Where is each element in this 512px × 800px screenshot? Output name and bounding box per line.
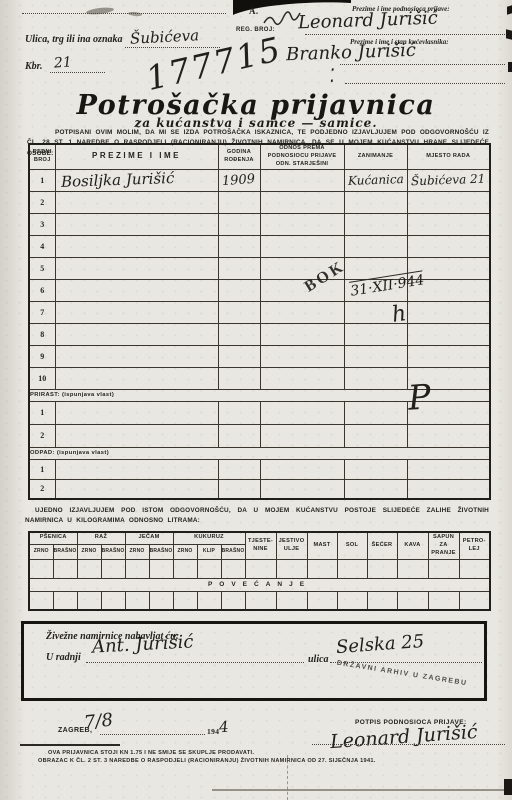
supply-cell	[77, 559, 101, 578]
street-value-handwriting: Šubićeva	[130, 26, 200, 48]
name-cell	[55, 191, 218, 213]
supply-cell	[367, 591, 397, 610]
applicant-dotted-line	[305, 34, 505, 35]
col-header-mast: MAST	[307, 532, 337, 559]
scan-bottom-line	[212, 789, 512, 791]
name-handwriting: Bosiljka Jurišić	[55, 168, 174, 190]
occupation-cell	[344, 367, 407, 389]
col-sub-brasno: BRAŠNO	[53, 544, 77, 559]
col-group-kukuruz: KUKURUZ	[173, 532, 245, 544]
col-header-odnos: ODNOS PREMA PODNOSIOCU PRIJAVE ODN. STAR…	[260, 144, 344, 169]
odpad-row-1: 1	[29, 459, 490, 479]
persons-table: REDNI BROJ PREZIME I IME GODINA ROĐENJA …	[28, 143, 491, 500]
col-header-redni-broj: REDNI BROJ	[29, 144, 55, 169]
footnote-divider	[20, 744, 120, 746]
signature-dotted-line	[312, 744, 505, 745]
supply-cell	[29, 591, 53, 610]
workplace-cell: Šubićeva 21	[407, 169, 490, 191]
year-cell	[218, 459, 260, 479]
occupation-cell	[344, 345, 407, 367]
year-cell	[218, 401, 260, 424]
name-cell	[55, 367, 218, 389]
col-group-psenica: PŠENICA	[29, 532, 77, 544]
supply-cell	[53, 559, 77, 578]
corner-mark: A.	[249, 6, 259, 16]
name-cell	[55, 257, 218, 279]
date-dotted-line	[100, 734, 205, 735]
supply-cell	[77, 591, 101, 610]
col-sub-zrno: ZRNO	[173, 544, 197, 559]
landlord-dotted-line	[340, 64, 505, 65]
year-cell	[218, 191, 260, 213]
year-cell	[218, 367, 260, 389]
occupation-cell	[344, 459, 407, 479]
workplace-cell	[407, 301, 490, 323]
person-row-4: 4	[29, 235, 490, 257]
occupation-handwriting: Kućanica	[344, 172, 403, 188]
supply-cell	[125, 559, 149, 578]
person-row-7: 7	[29, 301, 490, 323]
relation-cell	[260, 345, 344, 367]
relation-cell	[260, 191, 344, 213]
year-handwriting: 4	[218, 718, 229, 737]
kbr-label: Kbr.	[25, 61, 43, 72]
occupation-cell	[344, 424, 407, 447]
row-number: 8	[29, 323, 55, 345]
year-handwriting: 1909	[222, 172, 256, 189]
supply-cell	[221, 591, 245, 610]
relation-cell	[260, 479, 344, 499]
row-number: 3	[29, 213, 55, 235]
box-street-label: ulica	[308, 654, 329, 665]
ink-smudge	[86, 6, 115, 15]
relation-cell	[260, 401, 344, 424]
supply-cell	[101, 559, 125, 578]
workplace-cell	[407, 345, 490, 367]
person-row-3: 3	[29, 213, 490, 235]
name-cell	[55, 323, 218, 345]
col-group-raz: RAŽ	[77, 532, 125, 544]
col-header-kava: KAVA	[397, 532, 428, 559]
supply-cell	[149, 591, 173, 610]
povecanje-band-row: POVEĆANJE	[29, 578, 490, 591]
supply-cell	[428, 559, 459, 578]
supply-cell	[125, 591, 149, 610]
kbr-dotted-line	[50, 72, 105, 73]
col-header-jestivo-ulje: JESTIVO ULJE	[276, 532, 307, 559]
shop-dotted-line	[86, 662, 304, 663]
supply-cell	[245, 559, 276, 578]
name-cell	[55, 401, 218, 424]
name-cell	[55, 479, 218, 499]
scan-bottom-corner	[504, 779, 512, 795]
col-header-prezime-ime: PREZIME I IME	[55, 144, 218, 169]
shop-value-handwriting: Ant. Jurišić	[92, 631, 194, 657]
supply-cell	[337, 591, 367, 610]
occupation-cell	[344, 401, 407, 424]
col-sub-brasno: BRAŠNO	[149, 544, 173, 559]
supply-cell	[337, 559, 367, 578]
occupation-cell: Kućanica	[344, 169, 407, 191]
scan-edge-nick	[507, 5, 512, 15]
prirast-row-2: 2	[29, 424, 490, 447]
col-sub-brasno: BRAŠNO	[101, 544, 125, 559]
relation-cell	[260, 424, 344, 447]
occupation-cell	[344, 213, 407, 235]
occupation-cell	[344, 191, 407, 213]
workplace-cell	[407, 459, 490, 479]
year-cell	[218, 235, 260, 257]
person-row-2: 2	[29, 191, 490, 213]
row-number: 5	[29, 257, 55, 279]
occupation-cell	[344, 235, 407, 257]
signature-tail-mark: ⁚	[326, 66, 335, 88]
name-cell	[55, 235, 218, 257]
year-cell	[218, 213, 260, 235]
supply-cell	[197, 559, 221, 578]
supply-cell	[397, 591, 428, 610]
col-header-sapun: SAPUN ZA PRANJE	[428, 532, 459, 559]
row-number: 7	[29, 301, 55, 323]
supply-cell	[459, 591, 490, 610]
street-label: Ulica, trg ili ina oznaka	[25, 34, 123, 45]
year-cell	[218, 323, 260, 345]
relation-cell	[260, 213, 344, 235]
col-header-zanimanje: ZANIMANJE	[344, 144, 407, 169]
relation-cell	[260, 169, 344, 191]
supply-cell	[173, 559, 197, 578]
prirast-check-mark: P	[407, 377, 433, 418]
year-cell	[218, 279, 260, 301]
year-cell	[218, 257, 260, 279]
row-number: 1	[29, 401, 55, 424]
col-sub-klip: KLIP	[197, 544, 221, 559]
supply-cell	[459, 559, 490, 578]
workplace-cell	[407, 235, 490, 257]
shop-label: U radnji	[46, 652, 81, 663]
col-header-petrolej: PETRO-LEJ	[459, 532, 490, 559]
workplace-cell	[407, 191, 490, 213]
povecanje-value-row	[29, 591, 490, 610]
name-cell	[55, 279, 218, 301]
col-sub-zrno: ZRNO	[77, 544, 101, 559]
row-number: 2	[29, 479, 55, 499]
person-row-1: 1 Bosiljka Jurišić 1909 Kućanica Šubićev…	[29, 169, 490, 191]
supplies-group-header-row: PŠENICA RAŽ JEČAM KUKURUZ TJESTE-NINE JE…	[29, 532, 490, 544]
name-cell	[55, 345, 218, 367]
person-row-8: 8	[29, 323, 490, 345]
row-number: 9	[29, 345, 55, 367]
relation-cell	[260, 367, 344, 389]
workplace-cell	[407, 424, 490, 447]
col-sub-brasno: BRAŠNO	[221, 544, 245, 559]
person-row-9: 9	[29, 345, 490, 367]
col-header-secer: ŠEĆER	[367, 532, 397, 559]
supply-cell	[307, 591, 337, 610]
form-reference-note: OBRAZAC K ČL. 2 ST. 3 NAREDBE O RASPODJE…	[38, 758, 376, 764]
supply-cell	[367, 559, 397, 578]
year-cell	[218, 345, 260, 367]
col-header-tjestenine: TJESTE-NINE	[245, 532, 276, 559]
footer-signature-handwriting: Leonard Jurišić	[329, 721, 478, 753]
col-header-godina: GODINA ROĐENJA	[218, 144, 260, 169]
scan-edge-nick	[506, 29, 512, 39]
workplace-cell	[407, 213, 490, 235]
supply-cell	[276, 591, 307, 610]
supplies-value-row	[29, 559, 490, 578]
box-street-handwriting: Selska 25	[335, 631, 424, 658]
row-number: 2	[29, 191, 55, 213]
scan-edge-nick	[508, 62, 512, 72]
supplies-table: PŠENICA RAŽ JEČAM KUKURUZ TJESTE-NINE JE…	[28, 531, 491, 611]
row-number: 2	[29, 424, 55, 447]
row-number: 1	[29, 459, 55, 479]
name-cell	[55, 459, 218, 479]
supply-cell	[53, 591, 77, 610]
relation-cell	[260, 301, 344, 323]
ink-scribble	[262, 10, 302, 28]
supply-cell	[245, 591, 276, 610]
povecanje-label: POVEĆANJE	[29, 578, 490, 591]
row-number: 1	[29, 169, 55, 191]
row-number: 4	[29, 235, 55, 257]
name-cell	[55, 424, 218, 447]
landlord-signature: Branko Jurišić	[286, 40, 417, 66]
applicant-signature: Leonard Jurišić	[298, 8, 439, 34]
year-cell	[218, 424, 260, 447]
year-printed: 194	[207, 727, 219, 736]
date-handwriting: 7/8	[83, 710, 114, 734]
odpad-row-2: 2	[29, 479, 490, 499]
top-dotted-line	[22, 13, 226, 14]
supplies-declaration: UJEDNO IZJAVLJUJEM POD ISTOM ODGOVORNOŠĆ…	[25, 506, 489, 527]
supply-cell	[307, 559, 337, 578]
supply-cell	[149, 559, 173, 578]
year-cell	[218, 301, 260, 323]
col-header-mjesto-rada: MJESTO RADA	[407, 144, 490, 169]
col-header-sol: SOL	[337, 532, 367, 559]
col-sub-zrno: ZRNO	[125, 544, 149, 559]
workplace-cell	[407, 479, 490, 499]
supply-cell	[221, 559, 245, 578]
name-cell	[55, 213, 218, 235]
relation-cell	[260, 459, 344, 479]
persons-header-row: REDNI BROJ PREZIME I IME GODINA ROĐENJA …	[29, 144, 490, 169]
supply-cell	[428, 591, 459, 610]
supply-cell	[101, 591, 125, 610]
workplace-cell	[407, 323, 490, 345]
supply-source-box: Živežne namirnice nabavljat ću: U radnji…	[21, 621, 487, 701]
supply-cell	[29, 559, 53, 578]
workplace-handwriting: Šubićeva 21	[407, 172, 485, 189]
scanned-form-page: { "paper_header": { "corner_mark": "A.",…	[0, 0, 512, 800]
supply-cell	[197, 591, 221, 610]
scan-fold-line	[287, 755, 288, 800]
occupation-cell	[344, 479, 407, 499]
name-cell: Bosiljka Jurišić	[55, 169, 218, 191]
col-sub-zrno: ZRNO	[29, 544, 53, 559]
col-group-jecam: JEČAM	[125, 532, 173, 544]
supply-cell	[276, 559, 307, 578]
extra-dotted-line	[345, 83, 505, 84]
kbr-value-handwriting: 21	[53, 54, 72, 71]
name-cell	[55, 301, 218, 323]
price-note: OVA PRIJAVNICA STOJI KN 1.75 I NE SMIJE …	[48, 750, 254, 756]
supply-cell	[173, 591, 197, 610]
relation-cell	[260, 235, 344, 257]
year-cell: 1909	[218, 169, 260, 191]
archive-stamp: DRŽAVNI ARHIV U ZAGREBU	[336, 660, 468, 688]
supply-cell	[397, 559, 428, 578]
year-cell	[218, 479, 260, 499]
row-number: 6	[29, 279, 55, 301]
row-number: 10	[29, 367, 55, 389]
odpad-label: ODPAD: (ispunjava vlast)	[29, 447, 490, 459]
odpad-band-row: ODPAD: (ispunjava vlast)	[29, 447, 490, 459]
relation-cell	[260, 323, 344, 345]
